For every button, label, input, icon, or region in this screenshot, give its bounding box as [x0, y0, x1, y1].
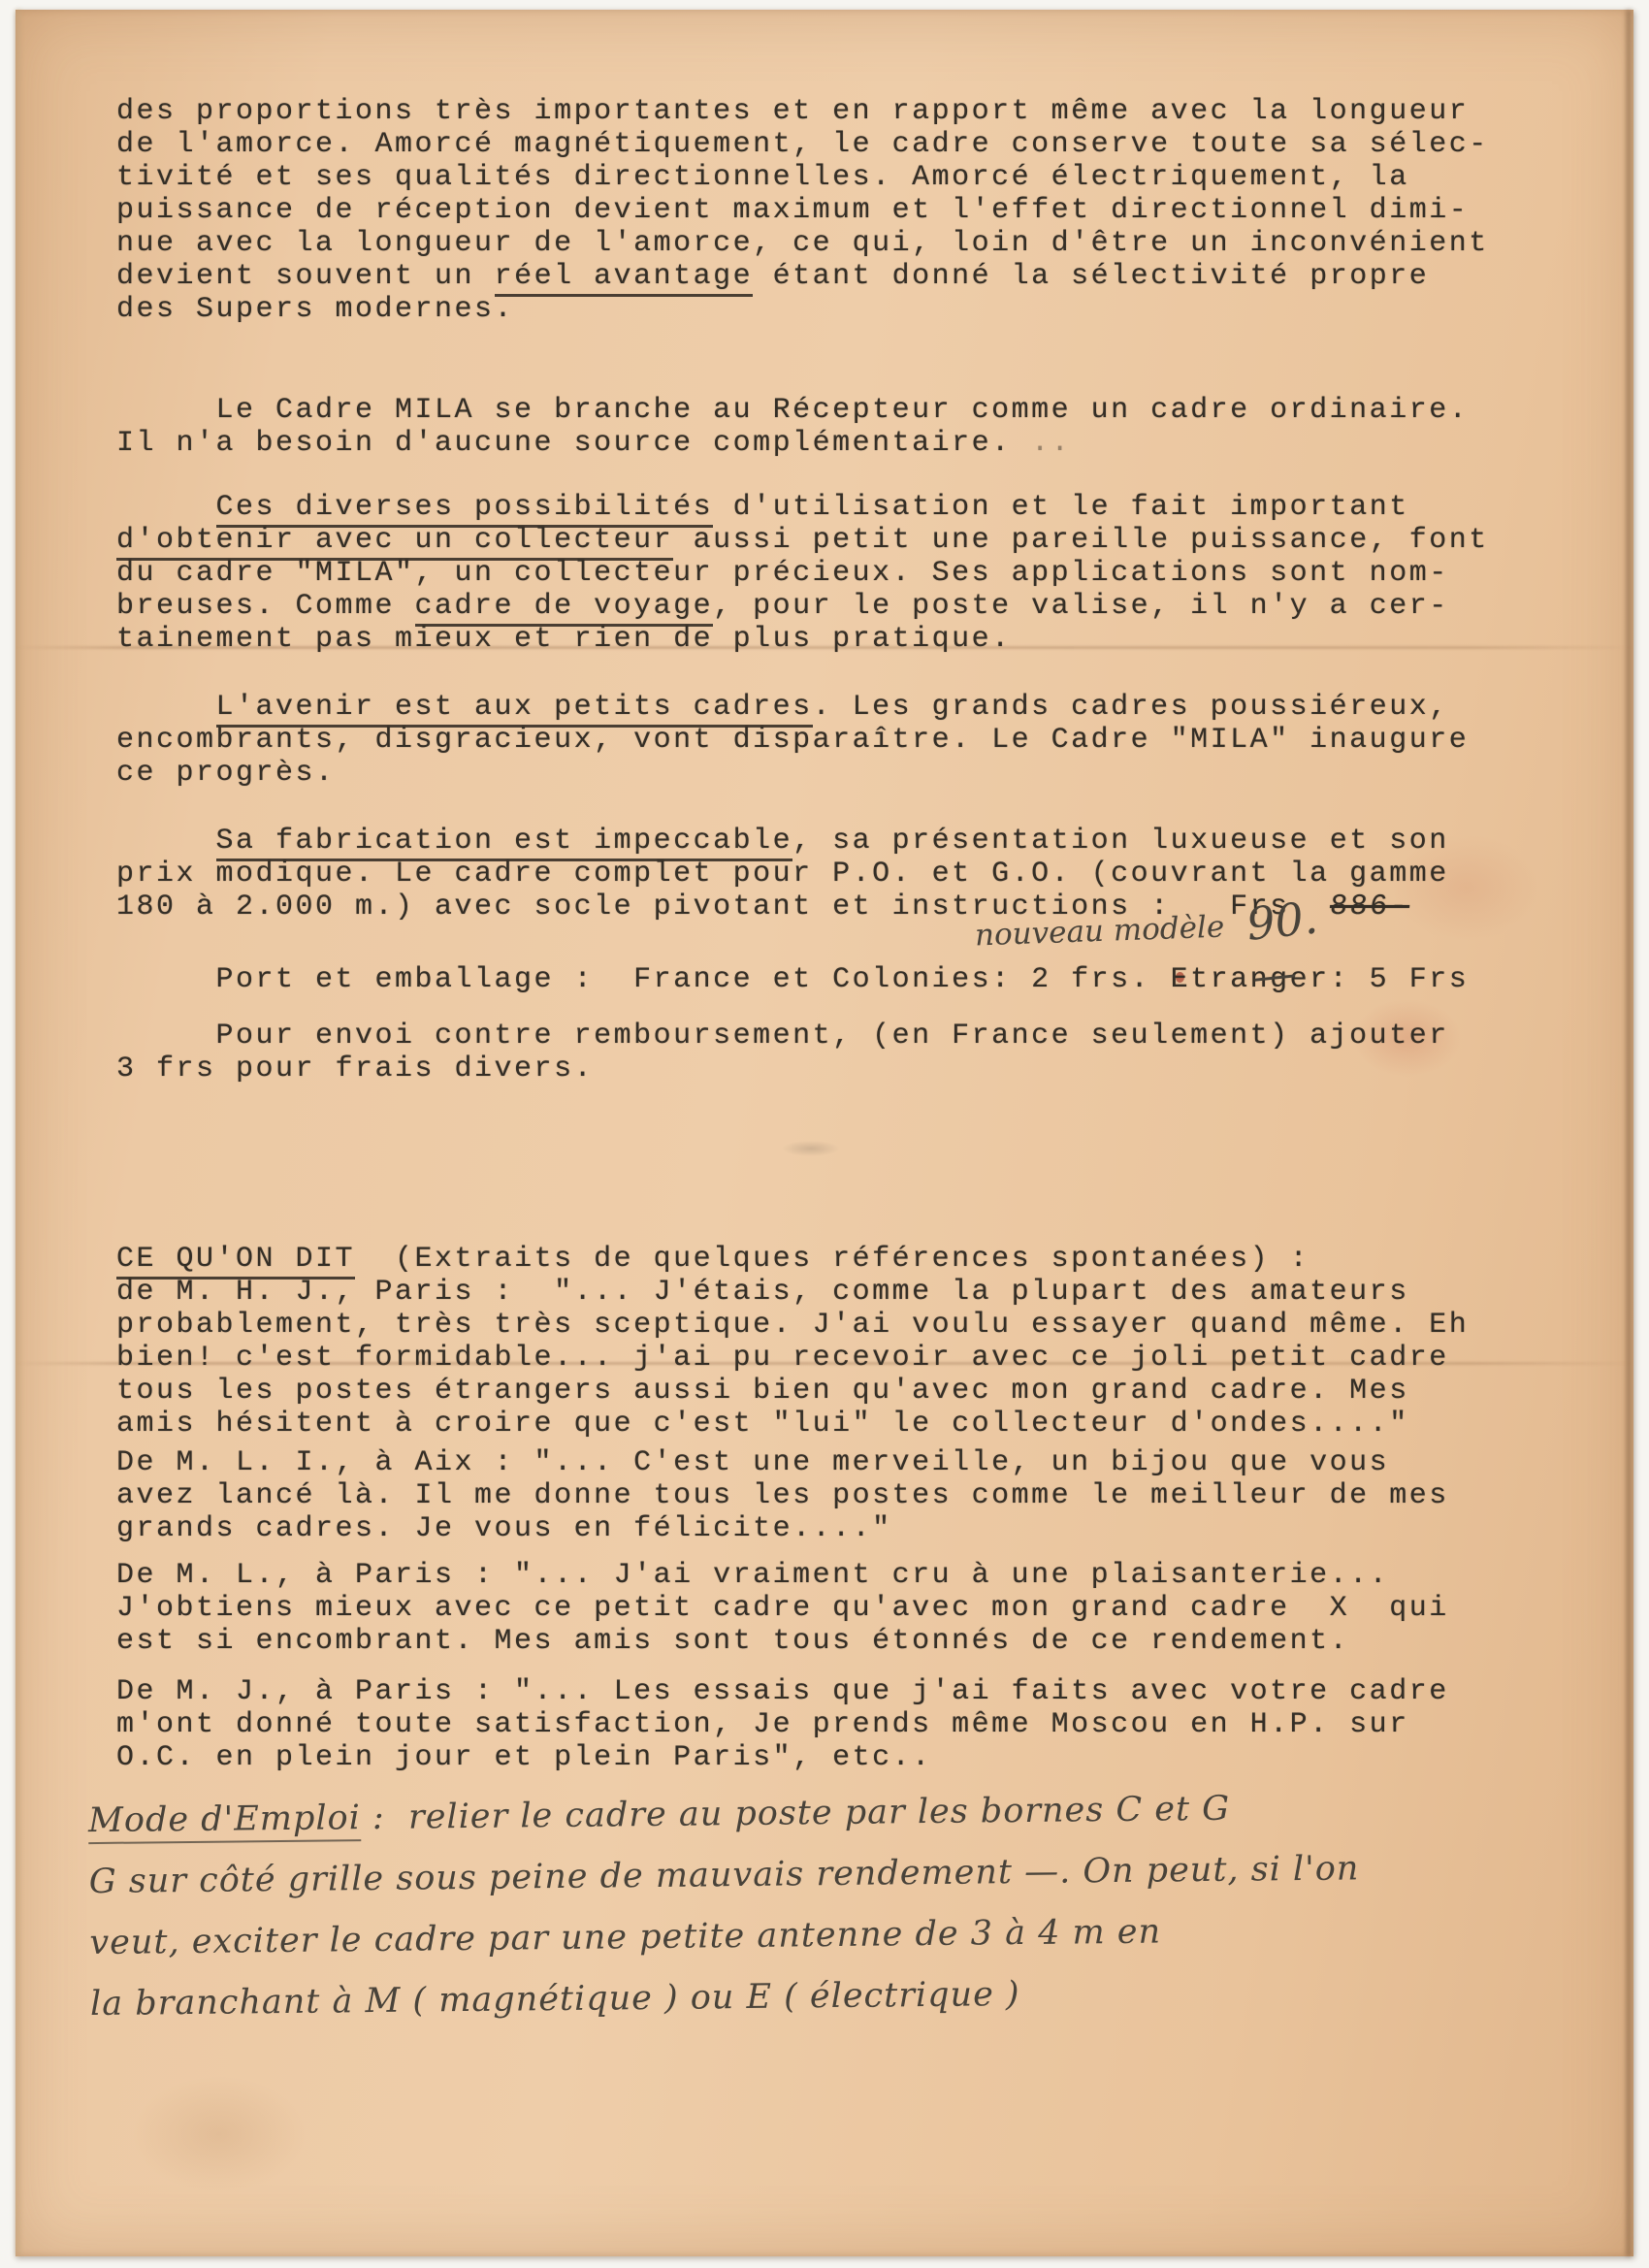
typed-segment: .. — [1012, 427, 1072, 460]
typed-segment: , sa présentation luxueuse et son — [792, 825, 1449, 858]
typed-line: encombrants, disgracieux, vont disparaît… — [116, 724, 1571, 757]
typed-line: de M. H. J., Paris : "... J'étais, comme… — [116, 1276, 1571, 1309]
typed-line: De M. L. I., à Aix : "... C'est une merv… — [116, 1446, 1571, 1479]
typed-segment: De M. J., à Paris : "... Les essais que … — [116, 1675, 1449, 1708]
typed-line: puissance de réception devient maximum e… — [116, 194, 1571, 227]
scanned-document: des proportions très importantes et en r… — [0, 0, 1649, 2268]
typed-line: De M. L., à Paris : "... J'ai vraiment c… — [116, 1559, 1571, 1592]
typed-line: Pour envoi contre remboursement, (en Fra… — [116, 1020, 1571, 1053]
typed-line: tous les postes étrangers aussi bien qu'… — [116, 1375, 1571, 1408]
typed-segment: . Les grands cadres poussiéreux, — [813, 691, 1449, 724]
typed-segment: 3 frs pour frais divers. — [116, 1053, 594, 1085]
typed-line: Port et emballage : France et Colonies: … — [116, 963, 1571, 996]
paragraph: L'avenir est aux petits cadres. Les gran… — [116, 691, 1571, 790]
typed-segment: de M. H. J., Paris : "... J'étais, comme… — [116, 1276, 1409, 1309]
typed-line: devient souvent un réel avantage étant d… — [116, 260, 1571, 293]
typed-segment: tivité et ses qualités directionnelles. … — [116, 161, 1409, 194]
typed-line: amis hésitent à croire que c'est "lui" l… — [116, 1408, 1571, 1441]
typed-line: prix modique. Le cadre complet pour P.O.… — [116, 858, 1571, 891]
handwritten-note: Mode d'Emploi : relier le cadre au poste… — [88, 1775, 1585, 2035]
typed-segment: encombrants, disgracieux, vont disparaît… — [116, 724, 1469, 757]
typed-segment: , pour le poste valise, il n'y a cer- — [713, 590, 1449, 623]
paper-edge-shadow — [1626, 10, 1632, 2256]
typed-line: J'obtiens mieux avec ce petit cadre qu'a… — [116, 1592, 1571, 1625]
typed-segment: réel avantage — [495, 260, 754, 297]
typed-segment: breuses. Comme — [116, 590, 415, 623]
typed-segment: grands cadres. Je vous en félicite...." — [116, 1512, 892, 1545]
typed-segment: aussi petit une pareille puissance, font — [673, 524, 1489, 557]
typed-segment: cadre de voyage — [415, 590, 714, 627]
paper-sheet: des proportions très importantes et en r… — [16, 10, 1633, 2256]
typed-segment: De M. L. I., à Aix : "... C'est une merv… — [116, 1446, 1389, 1479]
paper-stain — [132, 2076, 307, 2192]
typed-segment: amis hésitent à croire que c'est "lui" l… — [116, 1408, 1409, 1441]
typed-segment: puissance de réception devient maximum e… — [116, 194, 1469, 227]
typed-line: des proportions très importantes et en r… — [116, 95, 1571, 128]
typed-line: 180 à 2.000 m.) avec socle pivotant et i… — [116, 891, 1571, 923]
typed-segment: d'utilisation et le fait important — [713, 491, 1409, 524]
typed-line: avez lancé là. Il me donne tous les post… — [116, 1479, 1571, 1512]
typed-line: ce progrès. — [116, 757, 1571, 790]
typed-segment: CE QU'ON DIT — [116, 1243, 355, 1280]
paragraph: Port et emballage : France et Colonies: … — [116, 963, 1571, 996]
paragraph: Ces diverses possibilités d'utilisation … — [116, 491, 1571, 656]
typed-line: probablement, très très sceptique. J'ai … — [116, 1309, 1571, 1342]
typed-segment: étant donné la sélectivité propre — [753, 260, 1429, 293]
typed-segment: bien! c'est formidable... j'ai pu recevo… — [116, 1342, 1449, 1375]
typed-segment: O.C. en plein jour et plein Paris", etc.… — [116, 1741, 932, 1774]
typed-segment — [116, 825, 216, 858]
paragraph: De M. L., à Paris : "... J'ai vraiment c… — [116, 1559, 1571, 1658]
typed-segment: de l'amorce. Amorcé magnétiquement, le c… — [116, 128, 1489, 161]
paragraph: CE QU'ON DIT (Extraits de quelques référ… — [116, 1243, 1571, 1441]
paragraph: Sa fabrication est impeccable, sa présen… — [116, 825, 1571, 923]
typed-line: Le Cadre MILA se branche au Récepteur co… — [116, 394, 1571, 427]
paper-edge-highlight — [16, 10, 20, 2256]
typed-line: bien! c'est formidable... j'ai pu recevo… — [116, 1342, 1571, 1375]
paragraph: De M. J., à Paris : "... Les essais que … — [116, 1675, 1571, 1774]
typed-line: nue avec la longueur de l'amorce, ce qui… — [116, 227, 1571, 260]
typed-line: grands cadres. Je vous en félicite...." — [116, 1512, 1571, 1545]
paragraph: Pour envoi contre remboursement, (en Fra… — [116, 1020, 1571, 1085]
typed-text: des proportions très importantes et en r… — [116, 95, 1571, 1774]
typed-segment: du cadre "MILA", un collecteur précieux.… — [116, 557, 1449, 590]
typed-line: Il n'a besoin d'aucune source complément… — [116, 427, 1571, 460]
typed-line: du cadre "MILA", un collecteur précieux.… — [116, 557, 1571, 590]
handwritten-segment: Mode d'Emploi — [88, 1798, 361, 1844]
typed-line: tainement pas mieux et rien de plus prat… — [116, 623, 1571, 656]
typed-line: Ces diverses possibilités d'utilisation … — [116, 491, 1571, 524]
typed-segment: L'avenir est aux petits cadres — [216, 691, 813, 728]
paragraph: Le Cadre MILA se branche au Récepteur co… — [116, 394, 1571, 460]
typed-line: Sa fabrication est impeccable, sa présen… — [116, 825, 1571, 858]
typed-segment: Sa fabrication est impeccable — [216, 825, 793, 861]
paragraph: des proportions très importantes et en r… — [116, 95, 1571, 326]
typed-segment: des proportions très importantes et en r… — [116, 95, 1469, 128]
paragraph: De M. L. I., à Aix : "... C'est une merv… — [116, 1446, 1571, 1545]
typed-line: tivité et ses qualités directionnelles. … — [116, 161, 1571, 194]
typed-segment: probablement, très très sceptique. J'ai … — [116, 1309, 1469, 1342]
handwritten-segment: veut, exciter le cadre par une petite an… — [89, 1912, 1161, 1962]
typed-segment: Le Cadre MILA se branche au Récepteur co… — [116, 394, 1469, 427]
typed-segment — [116, 491, 216, 524]
typed-segment: devient souvent un — [116, 260, 495, 293]
typed-segment: Pour envoi contre remboursement, (en Fra… — [116, 1020, 1449, 1053]
typed-line: d'obtenir avec un collecteur aussi petit… — [116, 524, 1571, 557]
typed-line: breuses. Comme cadre de voyage, pour le … — [116, 590, 1571, 623]
typed-segment: (Extraits de quelques références spontan… — [355, 1243, 1309, 1276]
typed-line: est si encombrant. Mes amis sont tous ét… — [116, 1625, 1571, 1658]
typed-segment: nue avec la longueur de l'amorce, ce qui… — [116, 227, 1489, 260]
typed-segment: des Supers modernes. — [116, 293, 514, 326]
handwritten-segment: G sur côté grille sous peine de mauvais … — [88, 1849, 1359, 1901]
typed-segment: tous les postes étrangers aussi bien qu'… — [116, 1375, 1409, 1408]
typed-line: CE QU'ON DIT (Extraits de quelques référ… — [116, 1243, 1571, 1276]
typed-segment: est si encombrant. Mes amis sont tous ét… — [116, 1625, 1349, 1658]
typed-line: 3 frs pour frais divers. — [116, 1053, 1571, 1085]
typed-segment: ce progrès. — [116, 757, 336, 790]
typed-line: de l'amorce. Amorcé magnétiquement, le c… — [116, 128, 1571, 161]
typed-segment: Ces diverses possibilités — [216, 491, 714, 528]
price-annotation-value: 90.— — [1245, 891, 1326, 1002]
typed-segment: tainement pas mieux et rien de plus prat… — [116, 623, 1012, 656]
typed-segment: m'ont donné toute satisfaction, Je prend… — [116, 1708, 1409, 1741]
paragraph: Mode d'Emploi : relier le cadre au poste… — [88, 1775, 1585, 2035]
typed-line: De M. J., à Paris : "... Les essais que … — [116, 1675, 1571, 1708]
typed-segment: De M. L., à Paris : "... J'ai vraiment c… — [116, 1559, 1389, 1592]
typed-segment: 886- — [1328, 891, 1411, 923]
typed-line: O.C. en plein jour et plein Paris", etc.… — [116, 1741, 1571, 1774]
typed-segment: d'obtenir avec un collecteur — [116, 524, 673, 561]
typed-segment: prix modique. Le cadre complet pour P.O.… — [116, 858, 1449, 891]
typed-line: des Supers modernes. — [116, 293, 1571, 326]
handwritten-segment: la branchant à M ( magnétique ) ou E ( é… — [90, 1975, 1020, 2024]
typed-segment: avez lancé là. Il me donne tous les post… — [116, 1479, 1449, 1512]
typed-segment: J'obtiens mieux avec ce petit cadre qu'a… — [116, 1592, 1449, 1625]
typed-segment: Il n'a besoin d'aucune source complément… — [116, 427, 1012, 460]
handwritten-segment: : relier le cadre au poste par les borne… — [361, 1790, 1231, 1837]
typed-line: m'ont donné toute satisfaction, Je prend… — [116, 1708, 1571, 1741]
typed-segment — [116, 691, 216, 724]
typed-line: L'avenir est aux petits cadres. Les gran… — [116, 691, 1571, 724]
